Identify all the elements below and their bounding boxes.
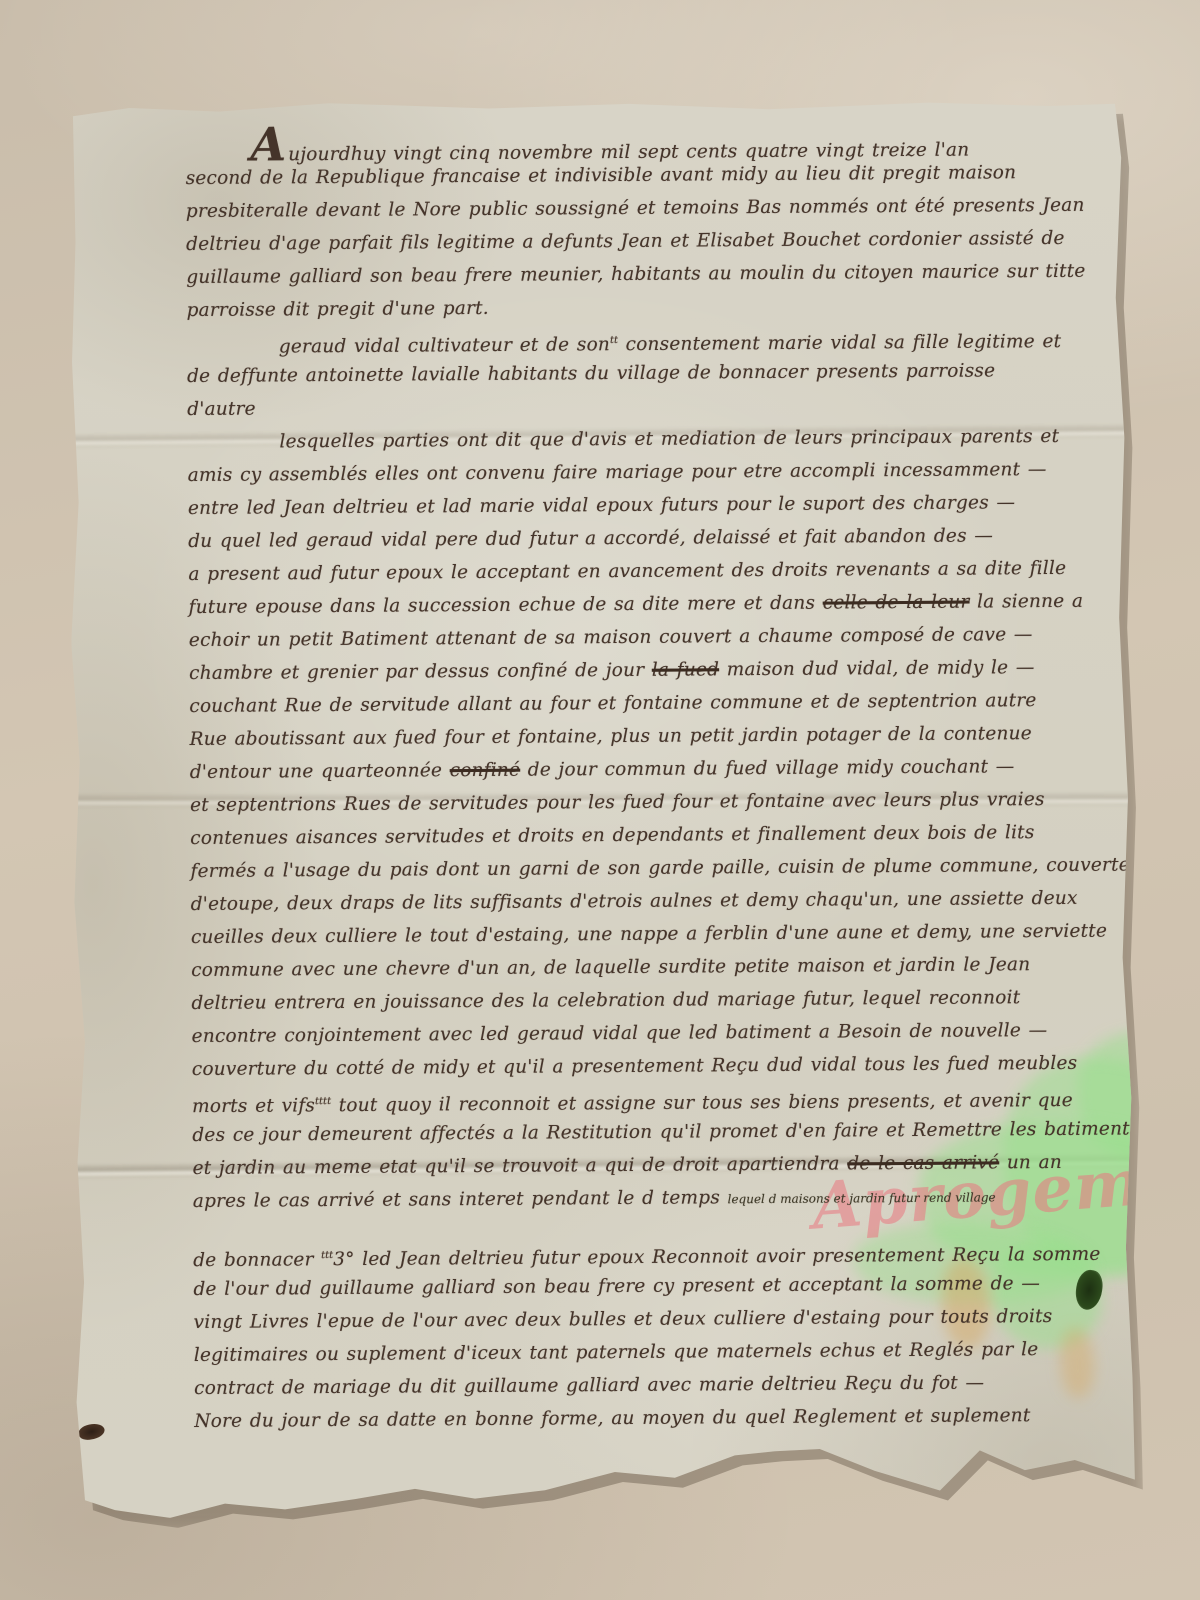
handwritten-text: echoir un petit Batiment attenant de sa … [189, 624, 1033, 651]
handwritten-text: Nore du jour de sa datte en bonne forme,… [194, 1405, 1030, 1432]
ink-blot [77, 1422, 106, 1442]
photo-backdrop: Aprogemore Aujourdhuy vingt cinq novembr… [0, 0, 1200, 1600]
struck-text: confiné [450, 760, 521, 781]
handwritten-text: contenues aisances servitudes et droits … [190, 822, 1034, 849]
handwritten-text: amis cy assemblés elles ont convenu fair… [188, 459, 1047, 486]
handwritten-text: et septentrions Rues de servitudes pour … [190, 789, 1045, 816]
manuscript-line: Nore du jour de sa datte en bonne forme,… [194, 1399, 1104, 1438]
struck-text: celle de la leur [823, 592, 970, 614]
handwritten-text: commune avec une chevre d'un an, de laqu… [191, 954, 1030, 981]
handwritten-text: un an [999, 1152, 1062, 1173]
handwritten-text: tttt [315, 1096, 331, 1107]
handwritten-text: legitimaires ou suplement d'iceux tant p… [194, 1339, 1039, 1366]
struck-text: de le cas arrivé [847, 1152, 999, 1174]
handwritten-text: 3° led Jean deltrieu futur epoux Reconno… [333, 1244, 1100, 1270]
handwritten-text: des ce jour demeurent affectés a la Rest… [192, 1118, 1139, 1146]
handwritten-text: contract de mariage du dit guillaume gal… [194, 1372, 984, 1399]
handwritten-text: couchant Rue de servitude allant au four… [189, 690, 1036, 717]
handwritten-text: la sienne a [969, 591, 1083, 613]
handwritten-text: morts et vifs [192, 1095, 315, 1117]
handwritten-text: maison dud vidal, de midy le — [719, 657, 1035, 680]
handwritten-text: vingt Livres l'epue de l'our avec deux b… [194, 1306, 1053, 1333]
handwritten-text: deltrieu d'age parfait fils legitime a d… [186, 228, 1065, 255]
manuscript-line: apres le cas arrivé et sans interet pend… [193, 1179, 1103, 1218]
handwritten-text: d'etoupe, deux draps de lits suffisants … [191, 888, 1078, 915]
handwritten-text: parroisse dit pregit d'une part. [187, 298, 489, 321]
handwritten-text: guillaume galliard son beau frere meunie… [186, 261, 1085, 288]
manuscript-line: guillaume galliard son beau frere meunie… [186, 255, 1096, 294]
struck-text: la fued [652, 659, 719, 680]
handwritten-text: fermés a l'usage du pais dont un garni d… [190, 854, 1129, 882]
handwritten-text: future epouse dans la succession echue d… [189, 593, 823, 618]
handwritten-text: entre led Jean deltrieu et lad marie vid… [188, 492, 1015, 519]
handwritten-text: d'entour une quarteonnée [190, 760, 450, 783]
handwritten-text: de l'our dud guillaume galliard son beau… [193, 1273, 1040, 1300]
manuscript-page: Aprogemore Aujourdhuy vingt cinq novembr… [69, 98, 1137, 1525]
handwritten-text: de jour commun du fued village midy couc… [520, 756, 1014, 780]
handwritten-text: ttt [321, 1250, 333, 1261]
manuscript-text: Aujourdhuy vingt cinq novembre mil sept … [185, 123, 1104, 1438]
handwritten-text: et jardin au meme etat qu'il se trouvoit… [192, 1153, 847, 1179]
handwritten-text: second de la Republique francaise et ind… [186, 162, 1017, 189]
handwritten-text: encontre conjointement avec led geraud v… [192, 1020, 1048, 1047]
handwritten-text: Rue aboutissant aux fued four et fontain… [189, 723, 1031, 750]
handwritten-text: chambre et grenier par dessus confiné de… [189, 660, 652, 684]
manuscript-line: de deffunte antoinette lavialle habitant… [187, 354, 1097, 393]
handwritten-text: couverture du cotté de midy et qu'il a p… [192, 1053, 1078, 1080]
handwritten-text: d'autre [187, 399, 256, 420]
handwritten-text: lequel d maisons et jardin futur rend vi… [728, 1190, 996, 1206]
handwritten-text: lesquelles parties ont dit que d'avis et… [279, 426, 1059, 452]
handwritten-text: cueilles deux culliere le tout d'estaing… [191, 921, 1107, 948]
handwritten-text: presbiteralle devant le Nore public sous… [186, 195, 1085, 222]
handwritten-text: de deffunte antoinette lavialle habitant… [187, 360, 995, 387]
handwritten-text: tout quoy il reconnoit et assigne sur to… [331, 1090, 1073, 1116]
handwritten-text: consentement marie vidal sa fille legiti… [618, 331, 1061, 355]
handwritten-text: du quel led geraud vidal pere dud futur … [188, 525, 993, 552]
handwritten-text: a present aud futur epoux le acceptant e… [188, 558, 1066, 585]
handwritten-text: geraud vidal cultivateur et de son [279, 334, 610, 357]
handwritten-text: deltrieu entrera en jouissance des la ce… [191, 987, 1020, 1014]
handwritten-text: apres le cas arrivé et sans interet pend… [193, 1187, 728, 1212]
handwritten-text: de bonnacer [193, 1249, 321, 1271]
